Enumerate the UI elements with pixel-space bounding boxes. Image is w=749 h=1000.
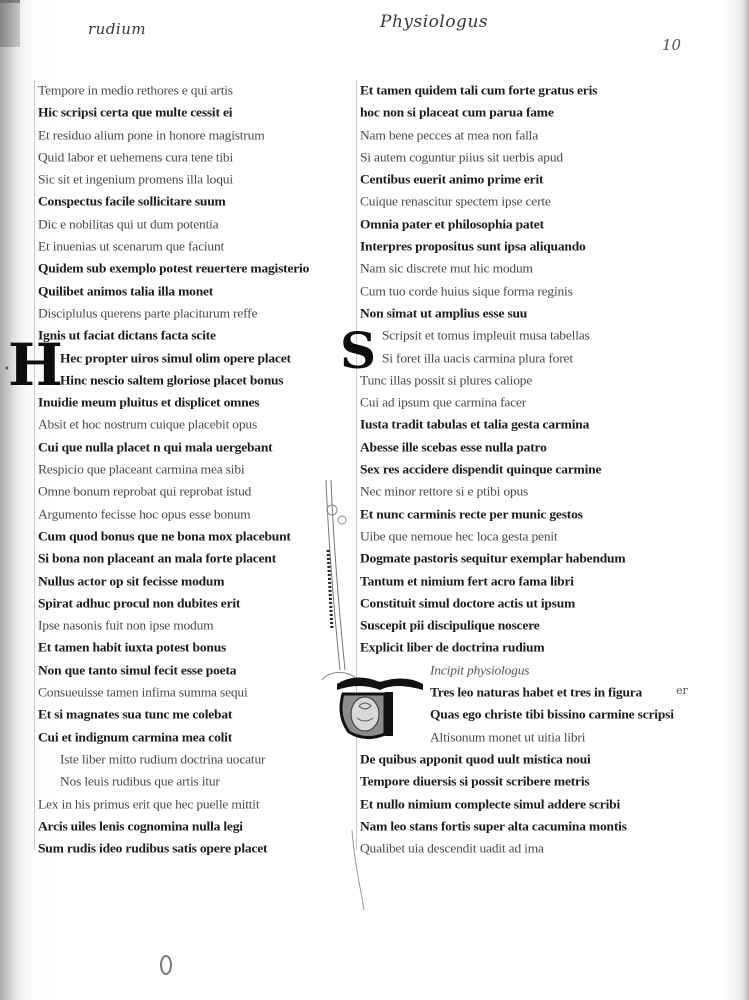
text-line: Si foret illa uacis carmina plura foret xyxy=(360,348,660,369)
text-line: Ignis ut faciat dictans facta scite xyxy=(38,326,328,347)
explicit-line: Explicit liber de doctrina rudium xyxy=(360,638,660,659)
text-line: Argumento fecisse hoc opus esse bonum xyxy=(38,505,328,526)
text-line: Quid labor et uehemens cura tene tibi xyxy=(38,148,328,169)
text-line: Tempore diuersis si possit scribere metr… xyxy=(360,772,660,793)
text-line: Nam leo stans fortis super alta cacumina… xyxy=(360,817,660,838)
text-line: Cum tuo corde huius sique forma reginis xyxy=(360,282,660,303)
decorated-initial-s: S xyxy=(340,326,376,376)
text-line: Si autem coguntur piius sit uerbis apud xyxy=(360,148,660,169)
text-line: Hic scripsi certa que multe cessit ei xyxy=(38,103,328,124)
text-line: De quibus apponit quod uult mistica noui xyxy=(360,750,660,771)
page-edge xyxy=(743,0,749,1000)
text-line: Et inuenias ut scenarum que faciunt xyxy=(38,237,328,258)
marginal-note: er xyxy=(676,684,688,697)
text-line: Abesse ille scebas esse nulla patro xyxy=(360,438,660,459)
text-line: Non que tanto simul fecit esse poeta xyxy=(38,661,328,682)
text-line: Tempore in medio rethores e qui artis xyxy=(38,81,328,102)
text-line: Centibus euerit animo prime erit xyxy=(360,170,660,191)
text-line: Lex in his primus erit que hec puelle mi… xyxy=(38,794,328,815)
left-text-column: Tempore in medio rethores e qui artis Hi… xyxy=(38,80,328,860)
text-line: Et tamen habit iuxta potest bonus xyxy=(38,638,328,659)
text-line: Iusta tradit tabulas et talia gesta carm… xyxy=(360,415,660,436)
text-line: Respicio que placeant carmina mea sibi xyxy=(38,460,328,481)
text-line: Sex res accidere dispendit quinque carmi… xyxy=(360,460,660,481)
text-line: Nec minor rettore si e ptibi opus xyxy=(360,482,660,503)
text-line: Absit et hoc nostrum cuique placebit opu… xyxy=(38,415,328,436)
binding-gutter-shadow xyxy=(0,0,30,1000)
text-line: hoc non si placeat cum parua fame xyxy=(360,103,660,124)
text-line: Sic sit et ingenium promens illa loqui xyxy=(38,170,328,191)
text-line: Et si magnates sua tunc me colebat xyxy=(38,705,328,726)
text-line: Nullus actor op sit fecisse modum xyxy=(38,571,328,592)
folio-number: 10 xyxy=(662,36,681,54)
text-line: Iste liber mitto rudium doctrina uocatur xyxy=(38,750,328,771)
text-line: Sum rudis ideo rudibus satis opere place… xyxy=(38,839,328,860)
text-line: Tantum et nimium fert acro fama libri xyxy=(360,571,660,592)
text-line: Uibe que nemoue hec loca gesta penit xyxy=(360,527,660,548)
text-line: Si bona non placeant an mala forte place… xyxy=(38,549,328,570)
text-line: Et tamen quidem tali cum forte gratus er… xyxy=(360,81,660,102)
text-line: Cuique renascitur spectem ipse certe xyxy=(360,192,660,213)
text-line: Omne bonum reprobat qui reprobat istud xyxy=(38,482,328,503)
manuscript-page: rudium Physiologus 10 Tempore in medio r… xyxy=(0,0,749,1000)
text-line: Interpres propositus sunt ipsa aliquando xyxy=(360,237,660,258)
text-line: Dogmate pastoris sequitur exemplar haben… xyxy=(360,549,660,570)
text-line: Et nunc carminis recte per munic gestos xyxy=(360,505,660,526)
text-line: Et residuo alium pone in honore magistru… xyxy=(38,125,328,146)
text-line: Spirat adhuc procul non dubites erit xyxy=(38,594,328,615)
marginal-mark-left: • xyxy=(4,364,10,375)
text-line: Suscepit pii discipulique noscere xyxy=(360,616,660,637)
running-head-right: Physiologus xyxy=(380,12,488,32)
text-line: Quidem sub exemplo potest reuertere magi… xyxy=(38,259,328,280)
text-line: Consueuisse tamen infima summa sequi xyxy=(38,683,328,704)
text-line: Cum quod bonus que ne bona mox placebunt xyxy=(38,527,328,548)
pen-stroke xyxy=(348,830,368,910)
text-line: Ipse nasonis fuit non ipse modum xyxy=(38,616,328,637)
text-line: Hinc nescio saltem gloriose placet bonus xyxy=(38,371,328,392)
text-line: Inuidie meum pluitus et displicet omnes xyxy=(38,393,328,414)
text-line: Scripsit et tomus impleuit musa tabellas xyxy=(360,326,660,347)
running-head-left: rudium xyxy=(88,20,146,38)
text-line: Nam bene pecces at mea non falla xyxy=(360,125,660,146)
text-line: Conspectus facile sollicitare suum xyxy=(38,192,328,213)
text-line: Cui que nulla placet n qui mala uergeban… xyxy=(38,438,328,459)
penwork-flourish xyxy=(318,470,364,700)
text-line: Dic e nobilitas qui ut dum potentia xyxy=(38,215,328,236)
ruling-line-left xyxy=(34,80,35,850)
text-line: Qualibet uia descendit uadit ad ima xyxy=(360,839,660,860)
text-line: Nam sic discrete mut hic modum xyxy=(360,259,660,280)
text-line: Nos leuis rudibus que artis itur xyxy=(38,772,328,793)
text-line: Omnia pater et philosophia patet xyxy=(360,215,660,236)
text-line: Tunc illas possit si plures caliope xyxy=(360,371,660,392)
text-line: Cui et indignum carmina mea colit xyxy=(38,728,328,749)
text-line: Arcis uiles lenis cognomina nulla legi xyxy=(38,817,328,838)
ink-smudge xyxy=(160,955,172,975)
decorated-initial-h: H xyxy=(8,336,63,394)
text-line: Quilibet animos talia illa monet xyxy=(38,282,328,303)
text-line: Et nullo nimium complecte simul addere s… xyxy=(360,794,660,815)
text-line: Cui ad ipsum que carmina facer xyxy=(360,393,660,414)
text-line: Disciplulus querens parte placiturum ref… xyxy=(38,304,328,325)
text-line: Non simat ut amplius esse suu xyxy=(360,304,660,325)
text-line: Hec propter uiros simul olim opere place… xyxy=(38,348,328,369)
text-line: Constituit simul doctore actis ut ipsum xyxy=(360,594,660,615)
illuminated-initial xyxy=(335,676,425,742)
right-text-column: Et tamen quidem tali cum forte gratus er… xyxy=(360,80,660,860)
